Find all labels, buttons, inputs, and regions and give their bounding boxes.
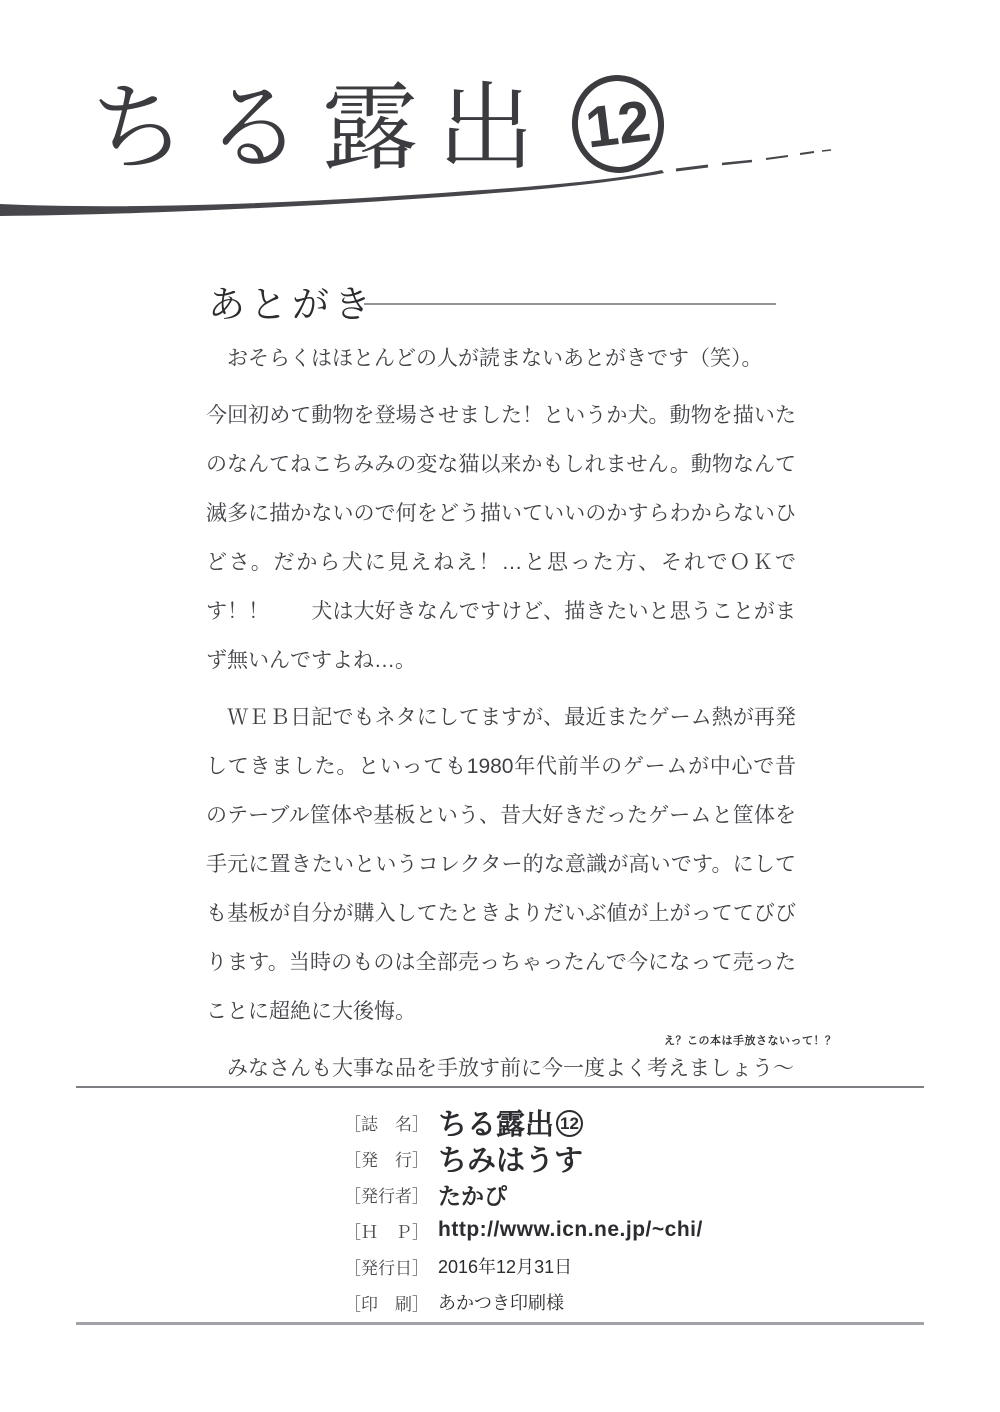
brush-underline-icon [0, 140, 1000, 240]
colophon-title-text: ちる露出 [438, 1109, 554, 1141]
margin-note: え？この本は手放さないって！？ [664, 1032, 864, 1048]
colophon-label: ［発行日］ [344, 1254, 428, 1279]
colophon-row-homepage: ［Ｈ Ｐ］ http://www.icn.ne.jp/~chi/ [344, 1212, 703, 1248]
afterword-paragraph-3: ＷＥＢ日記でもネタにしてますが、最近またゲーム熱が再発してきました。といっても1… [206, 693, 796, 1036]
colophon: ［誌 名］ ちる露出12 ［発 行］ ちみはうす ［発行者］ たかぴ ［Ｈ Ｐ］… [344, 1104, 703, 1320]
colophon-value-title: ちる露出12 [438, 1102, 583, 1143]
colophon-row-publisher: ［発 行］ ちみはうす [344, 1140, 703, 1176]
colophon-row-date: ［発行日］ 2016年12月31日 [344, 1248, 703, 1284]
colophon-row-author: ［発行者］ たかぴ [344, 1176, 703, 1212]
afterword-paragraph-1: おそらくはほとんどの人が読まないあとがきです（笑）。 [206, 334, 796, 383]
afterword-page: ちる露出 12 あとがき おそらくはほとんどの人が読まないあとがきです（笑）。 … [0, 0, 1000, 1412]
circled-12-badge-small: 12 [556, 1110, 583, 1137]
colophon-value-printer: あかつき印刷様 [438, 1289, 564, 1315]
colophon-value-author: たかぴ [438, 1178, 507, 1211]
colophon-label: ［誌 名］ [344, 1110, 428, 1135]
divider-bottom [76, 1322, 924, 1325]
colophon-row-title: ［誌 名］ ちる露出12 [344, 1104, 703, 1140]
colophon-value-date: 2016年12月31日 [438, 1253, 572, 1279]
colophon-label: ［発行者］ [344, 1182, 428, 1207]
afterword-heading: あとがき [208, 274, 376, 328]
colophon-label: ［Ｈ Ｐ］ [344, 1218, 428, 1243]
heading-rule [364, 303, 776, 305]
divider-top [76, 1086, 924, 1088]
colophon-value-homepage: http://www.icn.ne.jp/~chi/ [438, 1218, 703, 1242]
colophon-label: ［発 行］ [344, 1146, 428, 1171]
colophon-value-publisher: ちみはうす [438, 1138, 583, 1179]
colophon-row-printer: ［印 刷］ あかつき印刷様 [344, 1284, 703, 1320]
circled-12-number-small: 12 [560, 1114, 579, 1134]
afterword-paragraph-2: 今回初めて動物を登場させました！というか犬。動物を描いたのなんてねこちみみの変な… [206, 391, 796, 685]
colophon-label: ［印 刷］ [344, 1290, 428, 1315]
afterword-body: おそらくはほとんどの人が読まないあとがきです（笑）。 今回初めて動物を登場させま… [206, 334, 796, 1101]
